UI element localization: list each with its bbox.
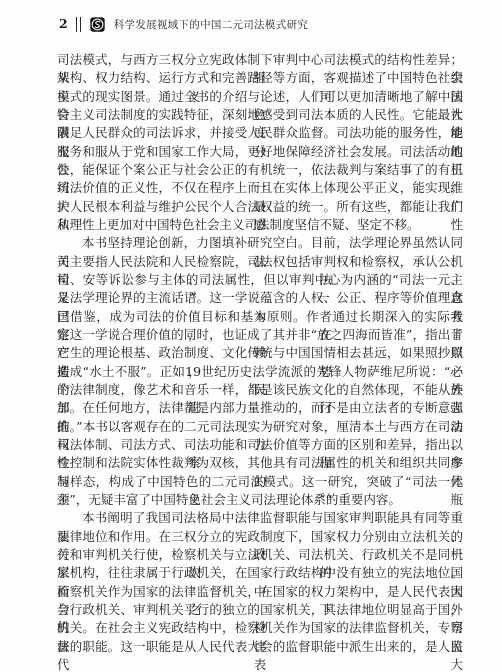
- page-header: 2 科学发展视域下的中国二元司法模式研究: [59, 14, 462, 34]
- publisher-logo-icon: [90, 17, 105, 32]
- text-line: 服务和服从于党和国家工作大局，更好地保障经济社会发展。司法活动的公正: [57, 143, 463, 161]
- text-line: 性，能保证个案公正与社会公正的有机统一，依法裁判与案结事了的有机统一。: [57, 161, 463, 179]
- text-line: 关主要指人民法院和人民检察院，司法权包括审判权和检察权，承认公、检、法、: [57, 253, 463, 271]
- text-line: 司法模式，与西方三权分立宪政体制下审判中心司法模式的结构性差异；从组织: [57, 51, 463, 69]
- text-line: 加。在任何地方，法律都是内部力量推动的，而不是由立法者的专断意志推动: [57, 399, 463, 417]
- text-line: 的。”本书以客观存在的二元司法现实为研究对象，厘清本土与西方在司法权力、: [57, 418, 463, 436]
- text-line: 司法价值的正义性，不仅在程序上而且在实体上体现公平正义，能实现维护最广: [57, 179, 463, 197]
- body-text: 司法模式，与西方三权分立宪政体制下审判中心司法模式的结构性差异；从组织架构、权力…: [57, 51, 463, 656]
- text-line: 的法律制度，像艺术和音乐一样，都是该民族文化的自然体现，不能从外部进行强: [57, 381, 463, 399]
- text-line: 司、安等诉讼参与主体的司法属性，但以审判中心为内涵的“司法一元主义”一直: [57, 271, 463, 289]
- text-line: 造成“水土不服”。正如19世纪历史法学流派的先锋人物萨维尼所说：“一个民族: [57, 363, 463, 381]
- book-page: 2 科学发展视域下的中国二元司法模式研究 司法模式，与西方三权分立宪政体制下审判…: [0, 0, 502, 672]
- text-line: 家机构，往往隶属于行政机关，在国家行政结构中没有独立的宪法地位。而中国: [57, 564, 463, 582]
- text-line: 定这一学说合理价值的同时，也证成了其并非“放之四海而皆准”，指出了它赖以: [57, 326, 463, 344]
- text-line: 性控制和法院实体性裁判为双核，其他具有司法属性的机关和组织共同参与的体: [57, 454, 463, 472]
- text-line: 检察机关作为国家的法律监督机关，在国家的权力架构中，是人民代表大会之下，: [57, 583, 463, 601]
- text-line: 制样态，构成了中国特色的二元司法模式。这一研究，突破了“司法一元主义”“瓶: [57, 473, 463, 491]
- text-line: 国借鉴，成为司法的价值目标和基本原则。作者通过长期深入的实际考察，在肯: [57, 308, 463, 326]
- text-line: 和理性上更加对中国特色社会主义司法制度坚信不疑、坚定不移。: [57, 216, 463, 234]
- text-line: 司法体制、司法方式、司法功能和司法价值等方面的区别和差异，指出以检察程序: [57, 436, 463, 454]
- text-line: 本书坚持理论创新，力图填补研究空白。目前，法学理论界虽然认同司法机: [57, 234, 463, 252]
- text-line: 关和审判机关行使，检察机关与立法机关、司法机关、行政机关不是同一层次的国: [57, 546, 463, 564]
- text-line: 模式的现实图景。通过全书的介绍与论述，人们可以更加清晰地了解中国特色社: [57, 88, 463, 106]
- text-line: 法律地位和作用。在三权分立的宪政制度下，国家权力分别由立法机关、行政机: [57, 528, 463, 546]
- text-line: 本书阐明了我国司法格局中法律监督职能与国家审判职能具有同等重要的: [57, 509, 463, 527]
- text-line: 大人民根本利益与维护公民个人合法权益的统一。所有这些，都能让我们从感性: [57, 198, 463, 216]
- text-line: 督的职能。这一职能是从人民代表大会的监督职能中派生出来的，是人民代表大: [57, 638, 463, 656]
- text-line: 产生的理论根基、政治制度、文化传统与中国国情相去甚远，如果照抄照搬，势必: [57, 344, 463, 362]
- double-bar-separator-icon: [76, 17, 81, 32]
- text-line: 是法学理论界的主流话语。这一学说蕴含的人权、公正、程序等价值理念已为我: [57, 289, 463, 307]
- text-line: 机关。在社会主义宪政结构中，检察机关作为国家的法律监督机关，专司法律监: [57, 619, 463, 637]
- text-line: 会主义司法制度的实践特征，深刻地感受到司法本质的人民性。它能最大限度地: [57, 106, 463, 124]
- text-line: 架构、权力结构、运行方式和完善路径等方面，客观描述了中国特色社会主义司法: [57, 69, 463, 87]
- text-line: 满足人民群众的司法诉求，并接受人民群众监督。司法功能的服务性，能充分地: [57, 124, 463, 142]
- page-number: 2: [59, 18, 70, 31]
- text-line: 与行政机关、审判机关平行的独立的国家机关，其法律地位明显高于国外的检察: [57, 601, 463, 619]
- running-book-title: 科学发展视域下的中国二元司法模式研究: [114, 17, 308, 32]
